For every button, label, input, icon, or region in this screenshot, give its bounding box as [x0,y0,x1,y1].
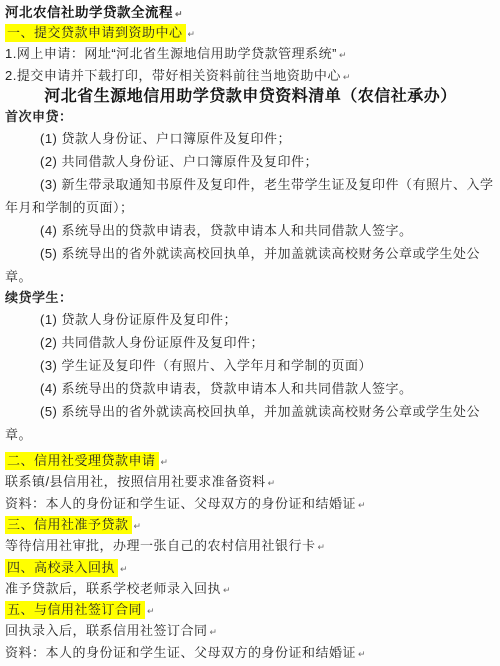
paragraph-mark-icon: ↵ [223,585,231,595]
sub-heading: 首次申贷： [5,107,496,127]
list-item: (1) 贷款人身份证原件及复印件； [5,308,496,331]
paragraph-mark-icon: ↵ [147,606,155,616]
text-run: 1.网上申请：网址“河北省生源地信用助学贷款管理系统” [5,46,337,61]
paragraph: 联系镇/县信用社，按照信用社要求准备资料↵ [5,472,496,494]
paragraph-mark-icon: ↵ [188,29,196,39]
paragraph: 2.提交申请并下载打印，带好相关资料前往当地资助中心↵ [5,66,496,88]
paragraph-mark-icon: ↵ [358,500,366,510]
sub-heading: 续贷学生： [5,288,496,308]
text-run: 续贷学生： [5,290,73,305]
list-item: (5) 系统导出的省外就读高校回执单，并加盖就读高校财务公章或学生处公章。 [5,400,496,446]
paragraph-mark-icon: ↵ [318,542,326,552]
paragraph: 准予贷款后，联系学校老师录入回执↵ [5,579,496,601]
highlighted-text: 五、与信用社签订合同 [5,601,145,619]
text-run: 资料：本人的身份证和学生证、父母双方的身份证和结婚证 [5,496,356,511]
text-run: (5) 系统导出的省外就读高校回执单，并加盖就读高校财务公章或学生处公章。 [5,246,480,284]
highlighted-text: 二、信用社受理贷款申请 [5,452,159,470]
paragraph-mark-icon: ↵ [175,9,183,19]
doc-title: 河北农信社助学贷款全流程↵ [5,4,496,23]
section-title: 河北省生源地信用助学贷款申贷资料清单（农信社承办） [5,87,496,107]
paragraph: 等待信用社审批，办理一张自己的农村信用社银行卡↵ [5,536,496,558]
text-run: (5) 系统导出的省外就读高校回执单，并加盖就读高校财务公章或学生处公章。 [5,404,480,442]
list-item: (4) 系统导出的贷款申请表，贷款申请本人和共同借款人签字。 [5,219,496,242]
paragraph: 回执录入后，联系信用社签订合同↵ [5,621,496,643]
paragraph-mark-icon: ↵ [268,478,276,488]
text-run: 首次申贷： [5,109,73,124]
highlighted-text: 三、信用社准予贷款 [5,516,132,534]
list-item: (2) 共同借款人身份证、户口簿原件及复印件； [5,150,496,173]
list-item: (4) 系统导出的贷款申请表，贷款申请本人和共同借款人签字。 [5,377,496,400]
paragraph-mark-icon: ↵ [210,627,218,637]
text-run: (3) 学生证及复印件（有照片、入学年月和学制的页面） [40,358,372,373]
paragraph: 资料：本人的身份证和学生证、父母双方的身份证和结婚证↵ [5,494,496,516]
step-heading: 四、高校录入回执↵ [5,558,496,579]
text-run: 河北农信社助学贷款全流程 [5,5,173,20]
paragraph: 1.网上申请：网址“河北省生源地信用助学贷款管理系统”↵ [5,44,496,66]
paragraph-mark-icon: ↵ [343,72,351,82]
highlighted-text: 一、提交贷款申请到资助中心 [5,24,186,42]
step-heading: 一、提交贷款申请到资助中心↵ [5,23,496,44]
text-run: (3) 新生带录取通知书原件及复印件，老生带学生证及复印件（有照片、入学年月和学… [5,177,494,215]
step-heading: 二、信用社受理贷款申请↵ [5,451,496,472]
paragraph-mark-icon: ↵ [120,564,128,574]
paragraph-mark-icon: ↵ [358,649,366,659]
text-run: (2) 共同借款人身份证原件及复印件； [40,335,264,350]
step-heading: 五、与信用社签订合同↵ [5,600,496,621]
text-run: (4) 系统导出的贷款申请表，贷款申请本人和共同借款人签字。 [40,381,413,396]
list-item: (2) 共同借款人身份证原件及复印件； [5,331,496,354]
list-item: (3) 学生证及复印件（有照片、入学年月和学制的页面） [5,354,496,377]
list-item: (3) 新生带录取通知书原件及复印件，老生带学生证及复印件（有照片、入学年月和学… [5,173,496,219]
text-run: 资料：本人的身份证和学生证、父母双方的身份证和结婚证 [5,645,356,660]
text-run: 2.提交申请并下载打印，带好相关资料前往当地资助中心 [5,68,341,83]
text-run: 回执录入后，联系信用社签订合同 [5,623,208,638]
text-run: 河北省生源地信用助学贷款申贷资料清单（农信社承办） [44,88,457,105]
text-run: (4) 系统导出的贷款申请表，贷款申请本人和共同借款人签字。 [40,223,413,238]
paragraph: 资料：本人的身份证和学生证、父母双方的身份证和结婚证↵ [5,643,496,665]
text-run: (1) 贷款人身份证、户口簿原件及复印件； [40,131,291,146]
text-run: 等待信用社审批，办理一张自己的农村信用社银行卡 [5,538,316,553]
paragraph-mark-icon: ↵ [161,457,169,467]
text-run: (1) 贷款人身份证原件及复印件； [40,312,237,327]
step-heading: 三、信用社准予贷款↵ [5,515,496,536]
list-item: (5) 系统导出的省外就读高校回执单，并加盖就读高校财务公章或学生处公章。 [5,242,496,288]
paragraph-mark-icon: ↵ [134,521,142,531]
list-item: (1) 贷款人身份证、户口簿原件及复印件； [5,127,496,150]
text-run: 准予贷款后，联系学校老师录入回执 [5,581,221,596]
highlighted-text: 四、高校录入回执 [5,559,118,577]
document-page: 河北农信社助学贷款全流程↵一、提交贷款申请到资助中心↵1.网上申请：网址“河北省… [0,0,500,666]
text-run: 联系镇/县信用社，按照信用社要求准备资料 [5,474,266,489]
text-run: (2) 共同借款人身份证、户口簿原件及复印件； [40,154,318,169]
paragraph-mark-icon: ↵ [339,50,347,60]
